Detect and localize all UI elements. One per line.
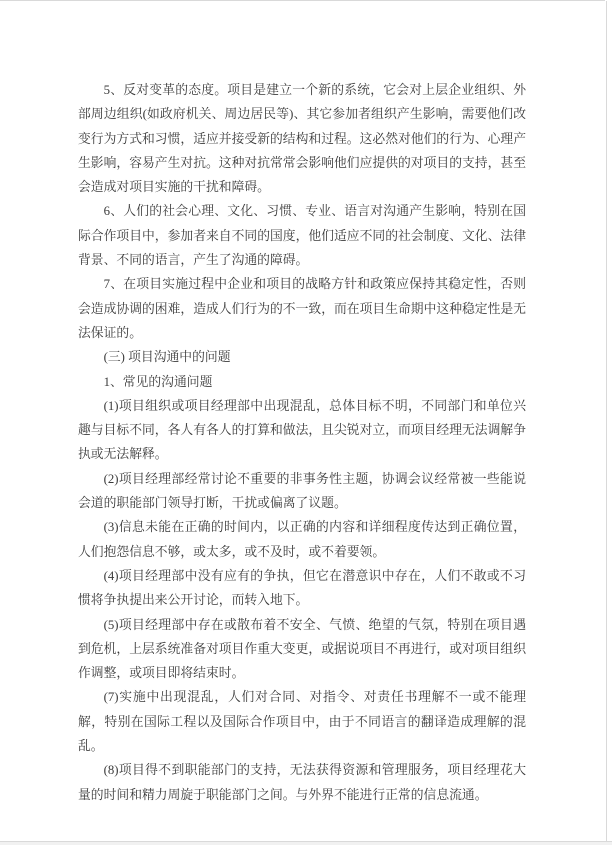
paragraph: (2)项目经理部经常讨论不重要的非事务性主题，协调会议经常被一些能说会道的职能部… xyxy=(78,467,526,516)
paragraph: (5)项目经理部中存在或散布着不安全、气愤、绝望的气氛，特别在项目遇到危机，上层… xyxy=(78,613,526,686)
document-page: 5、反对变革的态度。项目是建立一个新的系统，它会对上层企业组织、外部周边组织(如… xyxy=(0,0,612,845)
paragraph: (4)项目经理部中没有应有的争执，但它在潜意识中存在，人们不敢或不习惯将争执提出… xyxy=(78,564,526,613)
sub-heading: 1、常见的沟通问题 xyxy=(78,370,526,394)
paragraph: 5、反对变革的态度。项目是建立一个新的系统，它会对上层企业组织、外部周边组织(如… xyxy=(78,78,526,199)
paragraph: (3)信息未能在正确的时间内，以正确的内容和详细程度传达到正确位置，人们抱怨信息… xyxy=(78,515,526,564)
page-border-right xyxy=(606,1,607,841)
paragraph: 7、在项目实施过程中企业和项目的战略方针和政策应保持其稳定性，否则会造成协调的困… xyxy=(78,272,526,345)
document-body-text: 5、反对变革的态度。项目是建立一个新的系统，它会对上层企业组织、外部周边组织(如… xyxy=(78,78,526,807)
page-border-top xyxy=(0,0,605,1)
section-heading: (三) 项目沟通中的问题 xyxy=(78,345,526,369)
paragraph: (1)项目组织或项目经理部中出现混乱，总体目标不明，不同部门和单位兴趣与目标不同… xyxy=(78,394,526,467)
page-border-bottom xyxy=(0,841,612,845)
paragraph: (8)项目得不到职能部门的支持，无法获得资源和管理服务，项目经理花大量的时间和精… xyxy=(78,758,526,807)
paragraph: (7)实施中出现混乱，人们对合同、对指令、对责任书理解不一或不能理解，特别在国际… xyxy=(78,685,526,758)
paragraph: 6、人们的社会心理、文化、习惯、专业、语言对沟通产生影响，特别在国际合作项目中，… xyxy=(78,199,526,272)
